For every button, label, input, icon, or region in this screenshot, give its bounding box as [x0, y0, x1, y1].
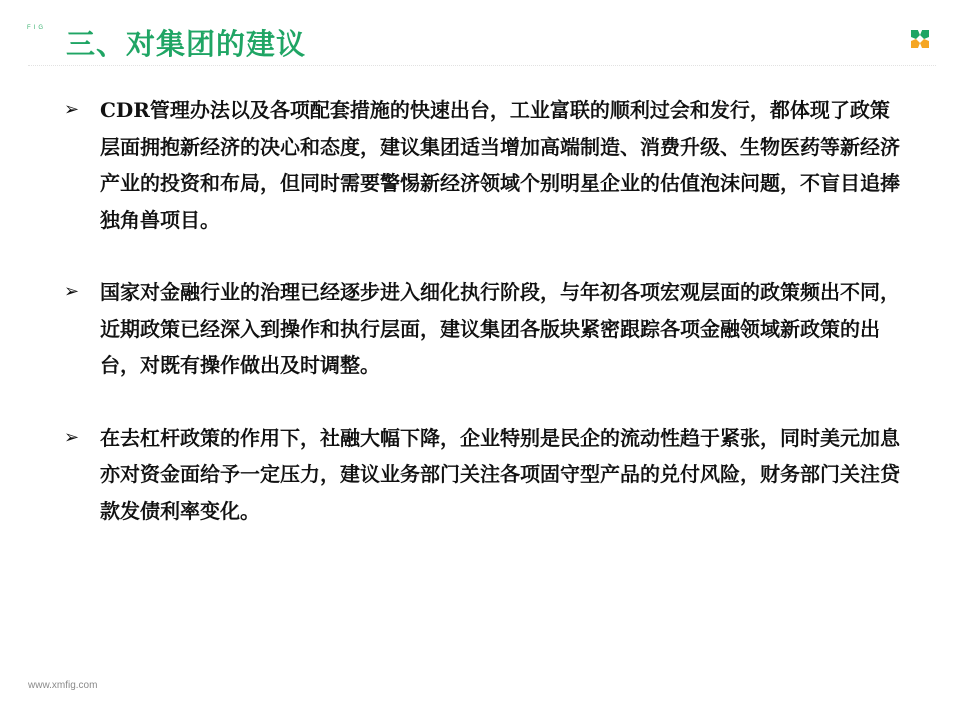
brand-mark: FIG: [27, 25, 46, 31]
recommendation-text: 在去杠杆政策的作用下，社融大幅下降，企业特别是民企的流动性趋于紧张，同时美元加息…: [100, 420, 900, 530]
page-title: 三、对集团的建议: [66, 24, 306, 64]
header-divider: [28, 65, 936, 66]
recommendation-item: ➢ 在去杠杆政策的作用下，社融大幅下降，企业特别是民企的流动性趋于紧张，同时美元…: [64, 420, 900, 530]
recommendation-text: CDR管理办法以及各项配套措施的快速出台，工业富联的顺利过会和发行，都体现了政策…: [100, 92, 900, 238]
arrowhead-bullet-icon: ➢: [64, 420, 79, 457]
footer-url: www.xmfig.com: [28, 680, 97, 691]
recommendations-list: ➢ CDR管理办法以及各项配套措施的快速出台，工业富联的顺利过会和发行，都体现了…: [64, 92, 924, 565]
recommendation-item: ➢ 国家对金融行业的治理已经逐步进入细化执行阶段，与年初各项宏观层面的政策频出不…: [64, 274, 900, 384]
xmfig-pinwheel-logo-icon: [907, 26, 933, 52]
recommendation-item: ➢ CDR管理办法以及各项配套措施的快速出台，工业富联的顺利过会和发行，都体现了…: [64, 92, 900, 238]
recommendation-text: 国家对金融行业的治理已经逐步进入细化执行阶段，与年初各项宏观层面的政策频出不同，…: [100, 274, 900, 384]
arrowhead-bullet-icon: ➢: [64, 274, 79, 311]
arrowhead-bullet-icon: ➢: [64, 92, 79, 129]
